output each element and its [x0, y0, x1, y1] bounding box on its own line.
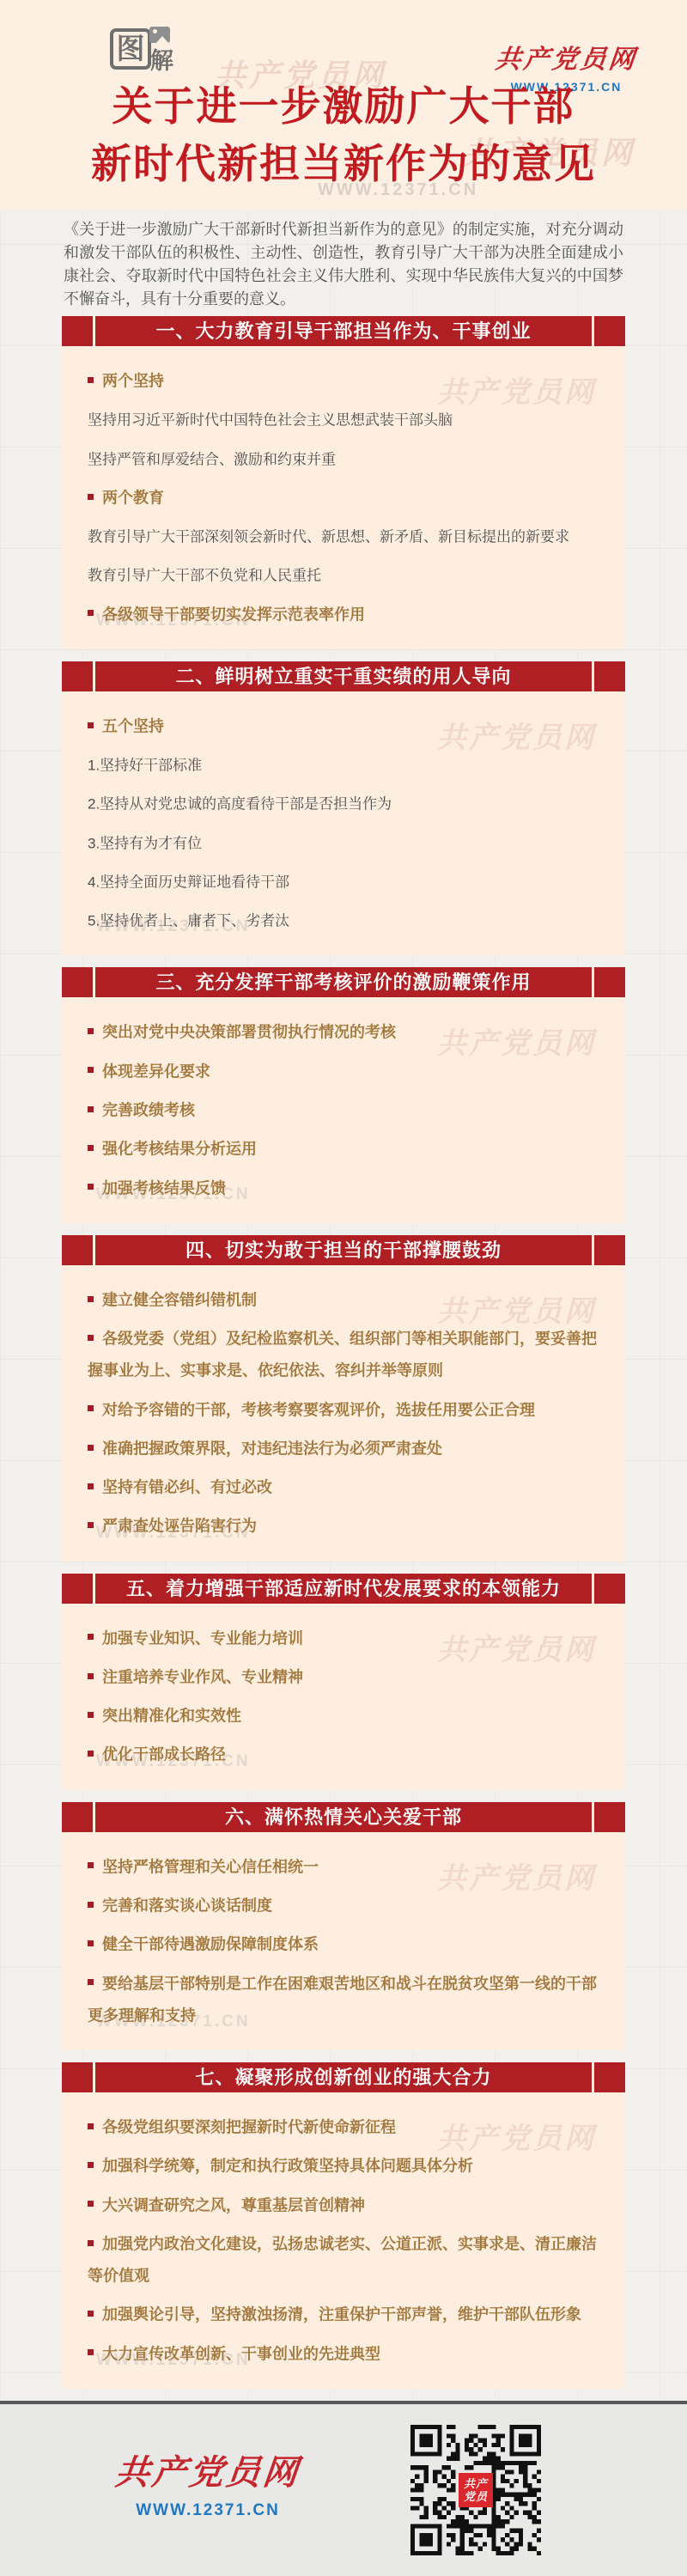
tujie-tu-glyph: 图: [110, 28, 151, 70]
list-item: 坚持有错必纠、有过必改: [88, 1471, 599, 1503]
item-text: 准确把握政策界限，对违纪违法行为必须严肃查处: [102, 1440, 442, 1457]
tujie-jie-glyph: 解: [150, 42, 173, 76]
item-text: 坚持严管和厚爱结合、激励和约束并重: [88, 451, 336, 467]
list-item: 完善政绩考核: [88, 1094, 599, 1126]
item-text: 突出精准化和实效性: [102, 1707, 241, 1724]
intro-paragraph: 《关于进一步激励广大干部新时代新担当新作为的意见》的制定实施，对充分调动和激发干…: [64, 218, 623, 311]
bullet-square-icon: [88, 1522, 94, 1528]
list-item: 教育引导广大干部深刻领会新时代、新思想、新矛盾、新目标提出的新要求: [88, 521, 599, 552]
item-text: 要给基层干部特别是工作在困难艰苦地区和战斗在脱贫攻坚第一线的干部更多理解和支持: [88, 1975, 597, 2024]
item-text: 健全干部待遇激励保障制度体系: [102, 1936, 319, 1953]
list-item: 完善和落实谈心谈话制度: [88, 1890, 599, 1921]
list-item: 突出对党中央决策部署贯彻执行情况的考核: [88, 1016, 599, 1048]
list-item: 大力宣传改革创新、干事创业的先进典型: [88, 2338, 599, 2370]
sections-container: 一、大力教育引导干部担当作为、干事创业 两个坚持坚持用习近平新时代中国特色社会主…: [0, 316, 687, 2389]
policy-section: 六、满怀热情关心关爱干部 坚持严格管理和关心信任相统一完善和落实谈心谈话制度健全…: [62, 1802, 625, 2050]
bullet-square-icon: [88, 1940, 94, 1946]
item-text: 5.坚持优者上、庸者下、劣者汰: [88, 912, 289, 929]
item-text: 1.坚持好干部标准: [88, 757, 202, 773]
hero-header: 图 解 共产党员网 WWW.12371.CN 共产党员网 共产党员网 WWW.1…: [0, 0, 687, 210]
bullet-square-icon: [88, 1862, 94, 1868]
bullet-square-icon: [88, 2162, 94, 2168]
list-item: 突出精准化和实效性: [88, 1700, 599, 1732]
bar-right-cell: [594, 967, 625, 997]
item-text: 加强党内政治文化建设，弘扬忠诚老实、公道正派、实事求是、清正廉洁等价值观: [88, 2235, 597, 2284]
item-text: 体现差异化要求: [102, 1063, 210, 1080]
bullet-square-icon: [88, 377, 94, 383]
list-item: 注重培养专业作风、专业精神: [88, 1661, 599, 1693]
section-heading: 四、切实为敢于担当的干部撑腰鼓劲: [95, 1235, 592, 1265]
bullet-square-icon: [88, 1712, 94, 1718]
bullet-square-icon: [88, 1751, 94, 1757]
bullet-square-icon: [88, 494, 94, 500]
item-text: 严肃查处诬告陷害行为: [102, 1518, 257, 1535]
list-item: 强化考核结果分析运用: [88, 1133, 599, 1165]
bullet-square-icon: [88, 722, 94, 728]
section-header-bar: 四、切实为敢于担当的干部撑腰鼓劲: [62, 1235, 625, 1265]
list-item: 4.坚持全面历史辩证地看待干部: [88, 866, 599, 898]
item-text: 对给予容错的干部，考核考察要客观评价，选拔任用要公正合理: [102, 1401, 535, 1418]
list-item: 加强专业知识、专业能力培训: [88, 1623, 599, 1654]
bar-right-cell: [594, 2062, 625, 2092]
picture-icon: [149, 27, 170, 43]
policy-section: 四、切实为敢于担当的干部撑腰鼓劲 建立健全容错纠错机制各级党委（党组）及纪检监察…: [62, 1235, 625, 1562]
qr-logo-line2: 党员: [464, 2490, 488, 2503]
bullet-square-icon: [88, 1405, 94, 1411]
item-text: 加强考核结果反馈: [102, 1179, 226, 1197]
policy-section: 一、大力教育引导干部担当作为、干事创业 两个坚持坚持用习近平新时代中国特色社会主…: [62, 316, 625, 649]
bullet-square-icon: [88, 1335, 94, 1341]
bullet-square-icon: [88, 1184, 94, 1190]
list-item: 加强考核结果反馈: [88, 1172, 599, 1204]
bullet-square-icon: [88, 2240, 94, 2246]
list-item: 2.坚持从对党忠诚的高度看待干部是否担当作为: [88, 788, 599, 819]
section-items: 建立健全容错纠错机制各级党委（党组）及纪检监察机关、组织部门等相关职能部门，要妥…: [88, 1284, 599, 1543]
item-text: 坚持严格管理和关心信任相统一: [102, 1858, 319, 1875]
item-text: 教育引导广大干部不负党和人民重托: [88, 568, 321, 584]
bullet-square-icon: [88, 610, 94, 616]
bullet-square-icon: [88, 1634, 94, 1640]
section-heading: 七、凝聚形成创新创业的强大合力: [95, 2062, 592, 2092]
footer-logo-url: WWW.12371.CN: [113, 2501, 302, 2520]
item-text: 4.坚持全面历史辩证地看待干部: [88, 874, 289, 890]
section-header-bar: 三、充分发挥干部考核评价的激励鞭策作用: [62, 967, 625, 997]
item-text: 加强科学统筹，制定和执行政策坚持具体问题具体分析: [102, 2158, 473, 2175]
section-panel: 建立健全容错纠错机制各级党委（党组）及纪检监察机关、组织部门等相关职能部门，要妥…: [62, 1265, 625, 1562]
bar-right-cell: [594, 661, 625, 691]
section-panel: 加强专业知识、专业能力培训注重培养专业作风、专业精神突出精准化和实效性优化干部成…: [62, 1604, 625, 1790]
bullet-square-icon: [88, 1445, 94, 1451]
item-text: 各级领导干部要切实发挥示范表率作用: [102, 606, 365, 623]
qr-code: 共产 党员: [410, 2425, 541, 2555]
bar-right-cell: [594, 316, 625, 346]
list-item: 准确把握政策界限，对违纪违法行为必须严肃查处: [88, 1433, 599, 1465]
section-header-bar: 六、满怀热情关心关爱干部: [62, 1802, 625, 1832]
bar-left-cell: [62, 661, 93, 691]
list-item: 加强舆论引导，坚持激浊扬清，注重保护干部声誉，维护干部队伍形象: [88, 2299, 599, 2330]
item-text: 注重培养专业作风、专业精神: [102, 1668, 303, 1685]
list-item: 五个坚持: [88, 710, 599, 742]
list-item: 大兴调查研究之风，尊重基层首创精神: [88, 2189, 599, 2221]
item-text: 优化干部成长路径: [102, 1746, 226, 1763]
list-item: 坚持用习近平新时代中国特色社会主义思想武装干部头脑: [88, 404, 599, 435]
bullet-square-icon: [88, 1296, 94, 1302]
item-text: 大兴调查研究之风，尊重基层首创精神: [102, 2196, 365, 2214]
bar-right-cell: [594, 1802, 625, 1832]
policy-section: 七、凝聚形成创新创业的强大合力 各级党组织要深刻把握新时代新使命新征程加强科学统…: [62, 2062, 625, 2389]
item-text: 强化考核结果分析运用: [102, 1141, 257, 1158]
bullet-square-icon: [88, 2311, 94, 2317]
item-text: 各级党委（党组）及纪检监察机关、组织部门等相关职能部门，要妥善把握事业为上、实事…: [88, 1330, 597, 1379]
page-title-line1: 关于进一步激励广大干部: [0, 79, 687, 137]
footer: 共产党员网 WWW.12371.CN 共产 党员: [0, 2404, 687, 2576]
item-text: 各级党组织要深刻把握新时代新使命新征程: [102, 2118, 396, 2135]
bullet-square-icon: [88, 2123, 94, 2129]
item-text: 坚持用习近平新时代中国特色社会主义思想武装干部头脑: [88, 412, 453, 429]
list-item: 坚持严格管理和关心信任相统一: [88, 1851, 599, 1883]
bullet-square-icon: [88, 1673, 94, 1679]
policy-section: 二、鲜明树立重实干重实绩的用人导向 五个坚持1.坚持好干部标准2.坚持从对党忠诚…: [62, 661, 625, 956]
bar-left-cell: [62, 1802, 93, 1832]
item-text: 教育引导广大干部深刻领会新时代、新思想、新矛盾、新目标提出的新要求: [88, 528, 569, 545]
section-items: 五个坚持1.坚持好干部标准2.坚持从对党忠诚的高度看待干部是否担当作为3.坚持有…: [88, 710, 599, 937]
list-item: 严肃查处诬告陷害行为: [88, 1510, 599, 1542]
policy-section: 三、充分发挥干部考核评价的激励鞭策作用 突出对党中央决策部署贯彻执行情况的考核体…: [62, 967, 625, 1222]
bullet-square-icon: [88, 1145, 94, 1151]
bullet-square-icon: [88, 2349, 94, 2355]
section-heading: 五、着力增强干部适应新时代发展要求的本领能力: [95, 1574, 592, 1604]
qr-logo-line1: 共产: [464, 2477, 488, 2490]
bullet-square-icon: [88, 1067, 94, 1073]
section-heading: 一、大力教育引导干部担当作为、干事创业: [95, 316, 592, 346]
list-item: 加强科学统筹，制定和执行政策坚持具体问题具体分析: [88, 2150, 599, 2182]
bar-right-cell: [594, 1235, 625, 1265]
page-title: 关于进一步激励广大干部 新时代新担当新作为的意见: [0, 79, 687, 194]
list-item: 两个坚持: [88, 365, 599, 397]
list-item: 体现差异化要求: [88, 1056, 599, 1087]
list-item: 教育引导广大干部不负党和人民重托: [88, 559, 599, 591]
bar-left-cell: [62, 2062, 93, 2092]
bar-right-cell: [594, 1574, 625, 1604]
footer-site-logo: 共产党员网 WWW.12371.CN: [113, 2445, 302, 2520]
section-header-bar: 五、着力增强干部适应新时代发展要求的本领能力: [62, 1574, 625, 1604]
item-text: 完善和落实谈心谈话制度: [102, 1897, 272, 1914]
bullet-square-icon: [88, 1106, 94, 1112]
section-panel: 各级党组织要深刻把握新时代新使命新征程加强科学统筹，制定和执行政策坚持具体问题具…: [62, 2092, 625, 2389]
bullet-square-icon: [88, 2201, 94, 2207]
bar-left-cell: [62, 1574, 93, 1604]
bullet-square-icon: [88, 1902, 94, 1908]
section-items: 坚持严格管理和关心信任相统一完善和落实谈心谈话制度健全干部待遇激励保障制度体系要…: [88, 1851, 599, 2031]
site-logo-calligraphy: 共产党员网: [494, 38, 640, 76]
qr-center-logo: 共产 党员: [459, 2473, 493, 2507]
list-item: 两个教育: [88, 482, 599, 514]
intro-section: 《关于进一步激励广大干部新时代新担当新作为的意见》的制定实施，对充分调动和激发干…: [62, 210, 625, 316]
section-items: 各级党组织要深刻把握新时代新使命新征程加强科学统筹，制定和执行政策坚持具体问题具…: [88, 2111, 599, 2370]
bullet-square-icon: [88, 1028, 94, 1034]
item-text: 完善政绩考核: [102, 1101, 195, 1118]
item-text: 五个坚持: [102, 717, 164, 734]
list-item: 各级党组织要深刻把握新时代新使命新征程: [88, 2111, 599, 2143]
item-text: 大力宣传改革创新、干事创业的先进典型: [102, 2345, 380, 2362]
tujie-logo: 图 解: [110, 28, 175, 85]
bar-left-cell: [62, 316, 93, 346]
policy-section: 五、着力增强干部适应新时代发展要求的本领能力 加强专业知识、专业能力培训注重培养…: [62, 1574, 625, 1790]
list-item: 要给基层干部特别是工作在困难艰苦地区和战斗在脱贫攻坚第一线的干部更多理解和支持: [88, 1968, 599, 2032]
section-items: 突出对党中央决策部署贯彻执行情况的考核体现差异化要求完善政绩考核强化考核结果分析…: [88, 1016, 599, 1203]
bullet-square-icon: [88, 1979, 94, 1985]
section-items: 两个坚持坚持用习近平新时代中国特色社会主义思想武装干部头脑坚持严管和厚爱结合、激…: [88, 365, 599, 630]
infographic-page: 图 解 共产党员网 WWW.12371.CN 共产党员网 共产党员网 WWW.1…: [0, 0, 687, 2576]
section-heading: 六、满怀热情关心关爱干部: [95, 1802, 592, 1832]
item-text: 3.坚持有为才有位: [88, 835, 202, 851]
list-item: 各级领导干部要切实发挥示范表率作用: [88, 599, 599, 630]
item-text: 坚持有错必纠、有过必改: [102, 1478, 272, 1495]
section-panel: 五个坚持1.坚持好干部标准2.坚持从对党忠诚的高度看待干部是否担当作为3.坚持有…: [62, 691, 625, 956]
bar-left-cell: [62, 1235, 93, 1265]
section-panel: 坚持严格管理和关心信任相统一完善和落实谈心谈话制度健全干部待遇激励保障制度体系要…: [62, 1832, 625, 2050]
bullet-square-icon: [88, 1483, 94, 1489]
list-item: 各级党委（党组）及纪检监察机关、组织部门等相关职能部门，要妥善把握事业为上、实事…: [88, 1323, 599, 1387]
item-text: 加强专业知识、专业能力培训: [102, 1629, 303, 1647]
item-text: 突出对党中央决策部署贯彻执行情况的考核: [102, 1024, 396, 1041]
section-heading: 二、鲜明树立重实干重实绩的用人导向: [95, 661, 592, 691]
item-text: 两个教育: [102, 489, 164, 506]
section-header-bar: 一、大力教育引导干部担当作为、干事创业: [62, 316, 625, 346]
section-header-bar: 二、鲜明树立重实干重实绩的用人导向: [62, 661, 625, 691]
section-items: 加强专业知识、专业能力培训注重培养专业作风、专业精神突出精准化和实效性优化干部成…: [88, 1623, 599, 1771]
section-panel: 两个坚持坚持用习近平新时代中国特色社会主义思想武装干部头脑坚持严管和厚爱结合、激…: [62, 346, 625, 649]
list-item: 建立健全容错纠错机制: [88, 1284, 599, 1316]
item-text: 建立健全容错纠错机制: [102, 1291, 257, 1308]
footer-logo-calligraphy: 共产党员网: [111, 2445, 305, 2494]
item-text: 2.坚持从对党忠诚的高度看待干部是否担当作为: [88, 796, 392, 813]
list-item: 坚持严管和厚爱结合、激励和约束并重: [88, 443, 599, 475]
list-item: 加强党内政治文化建设，弘扬忠诚老实、公道正派、实事求是、清正廉洁等价值观: [88, 2228, 599, 2293]
page-title-line2: 新时代新担当新作为的意见: [0, 137, 687, 194]
bar-left-cell: [62, 967, 93, 997]
list-item: 优化干部成长路径: [88, 1739, 599, 1770]
item-text: 加强舆论引导，坚持激浊扬清，注重保护干部声誉，维护干部队伍形象: [102, 2306, 581, 2323]
list-item: 1.坚持好干部标准: [88, 749, 599, 781]
section-panel: 突出对党中央决策部署贯彻执行情况的考核体现差异化要求完善政绩考核强化考核结果分析…: [62, 997, 625, 1222]
list-item: 健全干部待遇激励保障制度体系: [88, 1928, 599, 1960]
section-header-bar: 七、凝聚形成创新创业的强大合力: [62, 2062, 625, 2092]
list-item: 对给予容错的干部，考核考察要客观评价，选拔任用要公正合理: [88, 1394, 599, 1426]
item-text: 两个坚持: [102, 372, 164, 389]
list-item: 3.坚持有为才有位: [88, 827, 599, 859]
list-item: 5.坚持优者上、庸者下、劣者汰: [88, 904, 599, 936]
section-heading: 三、充分发挥干部考核评价的激励鞭策作用: [95, 967, 592, 997]
